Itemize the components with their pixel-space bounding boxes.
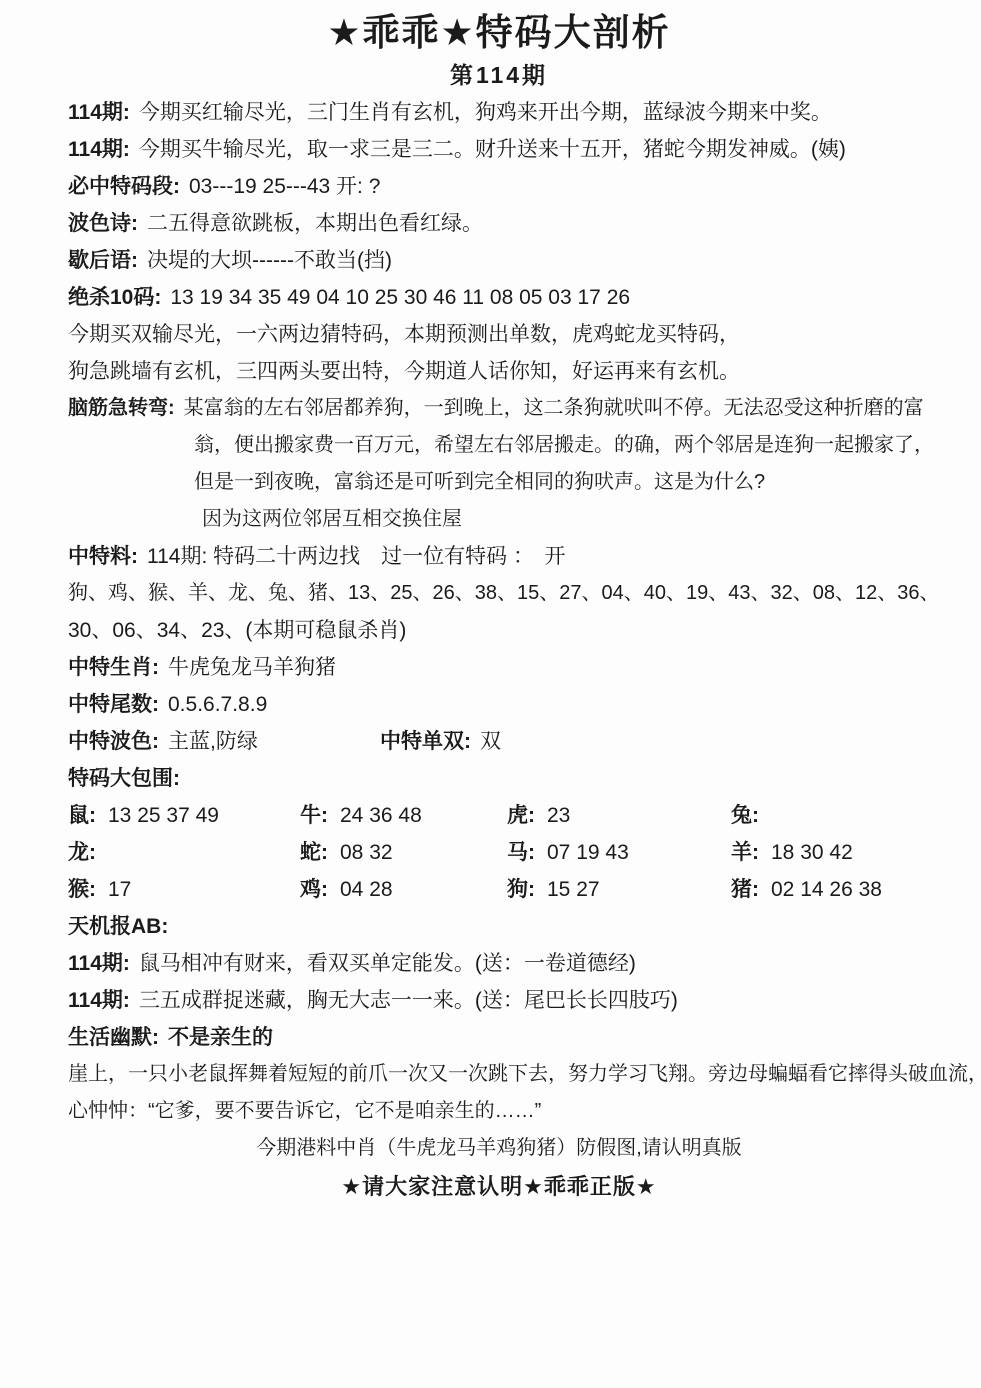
- humor-title: 不是亲生的: [168, 1026, 273, 1049]
- zhong-te-bose: 中特波色:主蓝,防绿: [68, 723, 380, 760]
- coverage-cell-rooster-value: 04 28: [340, 878, 393, 901]
- zhong-te-bose-label: 中特波色:: [68, 730, 159, 753]
- coverage-cell-rat-value: 13 25 37 49: [108, 804, 219, 827]
- coverage-cell-dog: 狗:15 27: [507, 871, 731, 908]
- humor-line-1: 崖上，一只小老鼠挥舞着短短的前爪一次又一次跳下去，努力学习飞翔。旁边母蝙蝠看它摔…: [68, 1056, 930, 1093]
- coverage-cell-rabbit: 兔:: [731, 797, 930, 834]
- coverage-row-1: 鼠:13 25 37 49 牛:24 36 48 虎:23 兔:: [68, 797, 930, 834]
- humor-line-2: 心忡忡：“它爹，要不要告诉它，它不是咱亲生的……”: [68, 1093, 930, 1130]
- tip-sheet-page: ★乖乖★特码大剖析 第114期 114期:今期买红输尽光，三门生肖有玄机，狗鸡来…: [0, 0, 981, 1388]
- tip-sheet-content: ★乖乖★特码大剖析 第114期 114期:今期买红输尽光，三门生肖有玄机，狗鸡来…: [68, 10, 930, 1207]
- coverage-cell-tiger: 虎:23: [507, 797, 731, 834]
- must-hit-segment: 必中特码段:03---19 25---43 开: ?: [68, 168, 930, 205]
- zhong-te-danshuang-value: 双: [480, 730, 501, 753]
- forecast-extra-line-2: 狗急跳墙有玄机，三四两头要出特，今期道人话你知，好运再来有玄机。: [68, 353, 930, 390]
- riddle: 歇后语:决堤的大坝------不敢当(挡): [68, 242, 930, 279]
- tianjibao-title-label: 天机报AB:: [68, 915, 168, 938]
- coverage-row-3: 猴:17 鸡:04 28 狗:15 27 猪:02 14 26 38: [68, 871, 930, 908]
- wave-poem: 波色诗:二五得意欲跳板，本期出色看红绿。: [68, 205, 930, 242]
- must-hit-segment-value: 03---19 25---43 开: ?: [189, 175, 380, 198]
- footer-notice: 今期港料中肖（牛虎龙马羊鸡狗猪）防假图,请认明真版: [68, 1130, 930, 1167]
- zhong-te-shengxiao: 中特生肖:牛虎兔龙马羊狗猪: [68, 649, 930, 686]
- zhong-te-weishu: 中特尾数:0.5.6.7.8.9: [68, 686, 930, 723]
- zhong-te-shengxiao-label: 中特生肖:: [68, 656, 159, 679]
- kill-10-codes-value: 13 19 34 35 49 04 10 25 30 46 11 08 05 0…: [170, 286, 630, 309]
- tianjibao-entry-1-label: 114期:: [68, 952, 130, 975]
- coverage-cell-pig-value: 02 14 26 38: [771, 878, 882, 901]
- coverage-cell-goat-label: 羊:: [731, 841, 759, 864]
- zhong-te-liao-text: 114期: 特码二十两边找 过一位有特码 ： 开: [147, 545, 565, 568]
- tianjibao-entry-1: 114期:鼠马相冲有财来，看双买单定能发。(送：一卷道德经): [68, 945, 930, 982]
- coverage-cell-pig-label: 猪:: [731, 878, 759, 901]
- coverage-row-2: 龙: 蛇:08 32 马:07 19 43 羊:18 30 42: [68, 834, 930, 871]
- wave-poem-label: 波色诗:: [68, 212, 138, 235]
- coverage-cell-tiger-label: 虎:: [507, 804, 535, 827]
- brain-teaser-label: 脑筋急转弯:: [68, 390, 175, 427]
- brain-teaser-answer: 因为这两位邻居互相交换住屋: [68, 501, 930, 538]
- zhong-te-bose-value: 主蓝,防绿: [168, 730, 258, 753]
- zhong-te-weishu-label: 中特尾数:: [68, 693, 159, 716]
- zodiac-pool-line-1: 狗、鸡、猴、羊、龙、兔、猪、13、25、26、38、15、27、04、40、19…: [68, 575, 930, 612]
- poem-line-1-text: 今期买红输尽光，三门生肖有玄机，狗鸡来开出今期，蓝绿波今期来中奖。: [139, 101, 832, 124]
- kill-10-codes-label: 绝杀10码:: [68, 286, 161, 309]
- coverage-cell-dragon-label: 龙:: [68, 841, 96, 864]
- coverage-cell-goat-value: 18 30 42: [771, 841, 853, 864]
- coverage-cell-tiger-value: 23: [547, 804, 570, 827]
- zhong-te-weishu-value: 0.5.6.7.8.9: [168, 693, 267, 716]
- kill-10-codes: 绝杀10码:13 19 34 35 49 04 10 25 30 46 11 0…: [68, 279, 930, 316]
- coverage-cell-rabbit-label: 兔:: [731, 804, 759, 827]
- coverage-cell-dog-label: 狗:: [507, 878, 535, 901]
- issue-heading: 第114期: [68, 56, 930, 94]
- zhong-te-danshuang: 中特单双:双: [380, 723, 501, 760]
- poem-line-1: 114期:今期买红输尽光，三门生肖有玄机，狗鸡来开出今期，蓝绿波今期来中奖。: [68, 94, 930, 131]
- coverage-cell-horse-value: 07 19 43: [547, 841, 629, 864]
- humor-label: 生活幽默:: [68, 1026, 159, 1049]
- coverage-title-label: 特码大包围:: [68, 767, 180, 790]
- zhong-te-liao: 中特料:114期: 特码二十两边找 过一位有特码 ： 开: [68, 538, 930, 575]
- poem-line-1-label: 114期:: [68, 101, 130, 124]
- coverage-cell-dog-value: 15 27: [547, 878, 600, 901]
- coverage-cell-ox: 牛:24 36 48: [300, 797, 507, 834]
- coverage-cell-ox-value: 24 36 48: [340, 804, 422, 827]
- coverage-cell-ox-label: 牛:: [300, 804, 328, 827]
- tianjibao-entry-2-label: 114期:: [68, 989, 130, 1012]
- tianjibao-entry-2: 114期:三五成群捉迷藏，胸无大志一一来。(送：尾巴长长四肢巧): [68, 982, 930, 1019]
- zhong-te-bose-row: 中特波色:主蓝,防绿 中特单双:双: [68, 723, 930, 760]
- coverage-cell-snake: 蛇:08 32: [300, 834, 507, 871]
- coverage-cell-dragon: 龙:: [68, 834, 300, 871]
- zhong-te-danshuang-label: 中特单双:: [380, 730, 471, 753]
- brain-teaser-line-2: 翁，便出搬家费一百万元，希望左右邻居搬走。的确，两个邻居是连狗一起搬家了，: [68, 427, 930, 464]
- coverage-title: 特码大包围:: [68, 760, 930, 797]
- brain-teaser-text-1: 某富翁的左右邻居都养狗，一到晚上，这二条狗就吠叫不停。无法忍受这种折磨的富: [184, 390, 924, 427]
- brain-teaser-line-3: 但是一到夜晚，富翁还是可听到完全相同的狗吠声。这是为什么?: [68, 464, 930, 501]
- riddle-label: 歇后语:: [68, 249, 138, 272]
- wave-poem-text: 二五得意欲跳板，本期出色看红绿。: [147, 212, 483, 235]
- poem-line-2: 114期:今期买牛输尽光，取一求三是三二。财升送来十五开，猪蛇今期发神威。(姨): [68, 131, 930, 168]
- tianjibao-entry-1-text: 鼠马相冲有财来，看双买单定能发。(送：一卷道德经): [139, 952, 636, 975]
- coverage-cell-snake-label: 蛇:: [300, 841, 328, 864]
- tianjibao-entry-2-text: 三五成群捉迷藏，胸无大志一一来。(送：尾巴长长四肢巧): [139, 989, 678, 1012]
- zhong-te-shengxiao-value: 牛虎兔龙马羊狗猪: [168, 656, 336, 679]
- forecast-extra-line-1: 今期买双输尽光，一六两边猜特码，本期预测出单数，虎鸡蛇龙买特码，: [68, 316, 930, 353]
- coverage-cell-horse-label: 马:: [507, 841, 535, 864]
- footer-brand: ★请大家注意认明★乖乖正版★: [68, 1167, 930, 1207]
- coverage-cell-rat: 鼠:13 25 37 49: [68, 797, 300, 834]
- coverage-cell-rooster-label: 鸡:: [300, 878, 328, 901]
- brain-teaser-line-1: 脑筋急转弯:某富翁的左右邻居都养狗，一到晚上，这二条狗就吠叫不停。无法忍受这种折…: [68, 390, 930, 427]
- coverage-cell-pig: 猪:02 14 26 38: [731, 871, 930, 908]
- coverage-cell-monkey-value: 17: [108, 878, 131, 901]
- page-title: ★乖乖★特码大剖析: [68, 10, 930, 56]
- must-hit-segment-label: 必中特码段:: [68, 175, 180, 198]
- riddle-text: 决堤的大坝------不敢当(挡): [147, 249, 392, 272]
- coverage-cell-goat: 羊:18 30 42: [731, 834, 930, 871]
- zhong-te-liao-label: 中特料:: [68, 545, 138, 568]
- tianjibao-title: 天机报AB:: [68, 908, 930, 945]
- coverage-cell-rooster: 鸡:04 28: [300, 871, 507, 908]
- coverage-cell-horse: 马:07 19 43: [507, 834, 731, 871]
- zodiac-pool-line-2: 30、06、34、23、(本期可稳鼠杀肖): [68, 612, 930, 649]
- poem-line-2-label: 114期:: [68, 138, 130, 161]
- coverage-cell-rat-label: 鼠:: [68, 804, 96, 827]
- poem-line-2-text: 今期买牛输尽光，取一求三是三二。财升送来十五开，猪蛇今期发神威。(姨): [139, 138, 846, 161]
- coverage-cell-monkey: 猴:17: [68, 871, 300, 908]
- humor-heading: 生活幽默:不是亲生的: [68, 1019, 930, 1056]
- coverage-cell-monkey-label: 猴:: [68, 878, 96, 901]
- coverage-cell-snake-value: 08 32: [340, 841, 393, 864]
